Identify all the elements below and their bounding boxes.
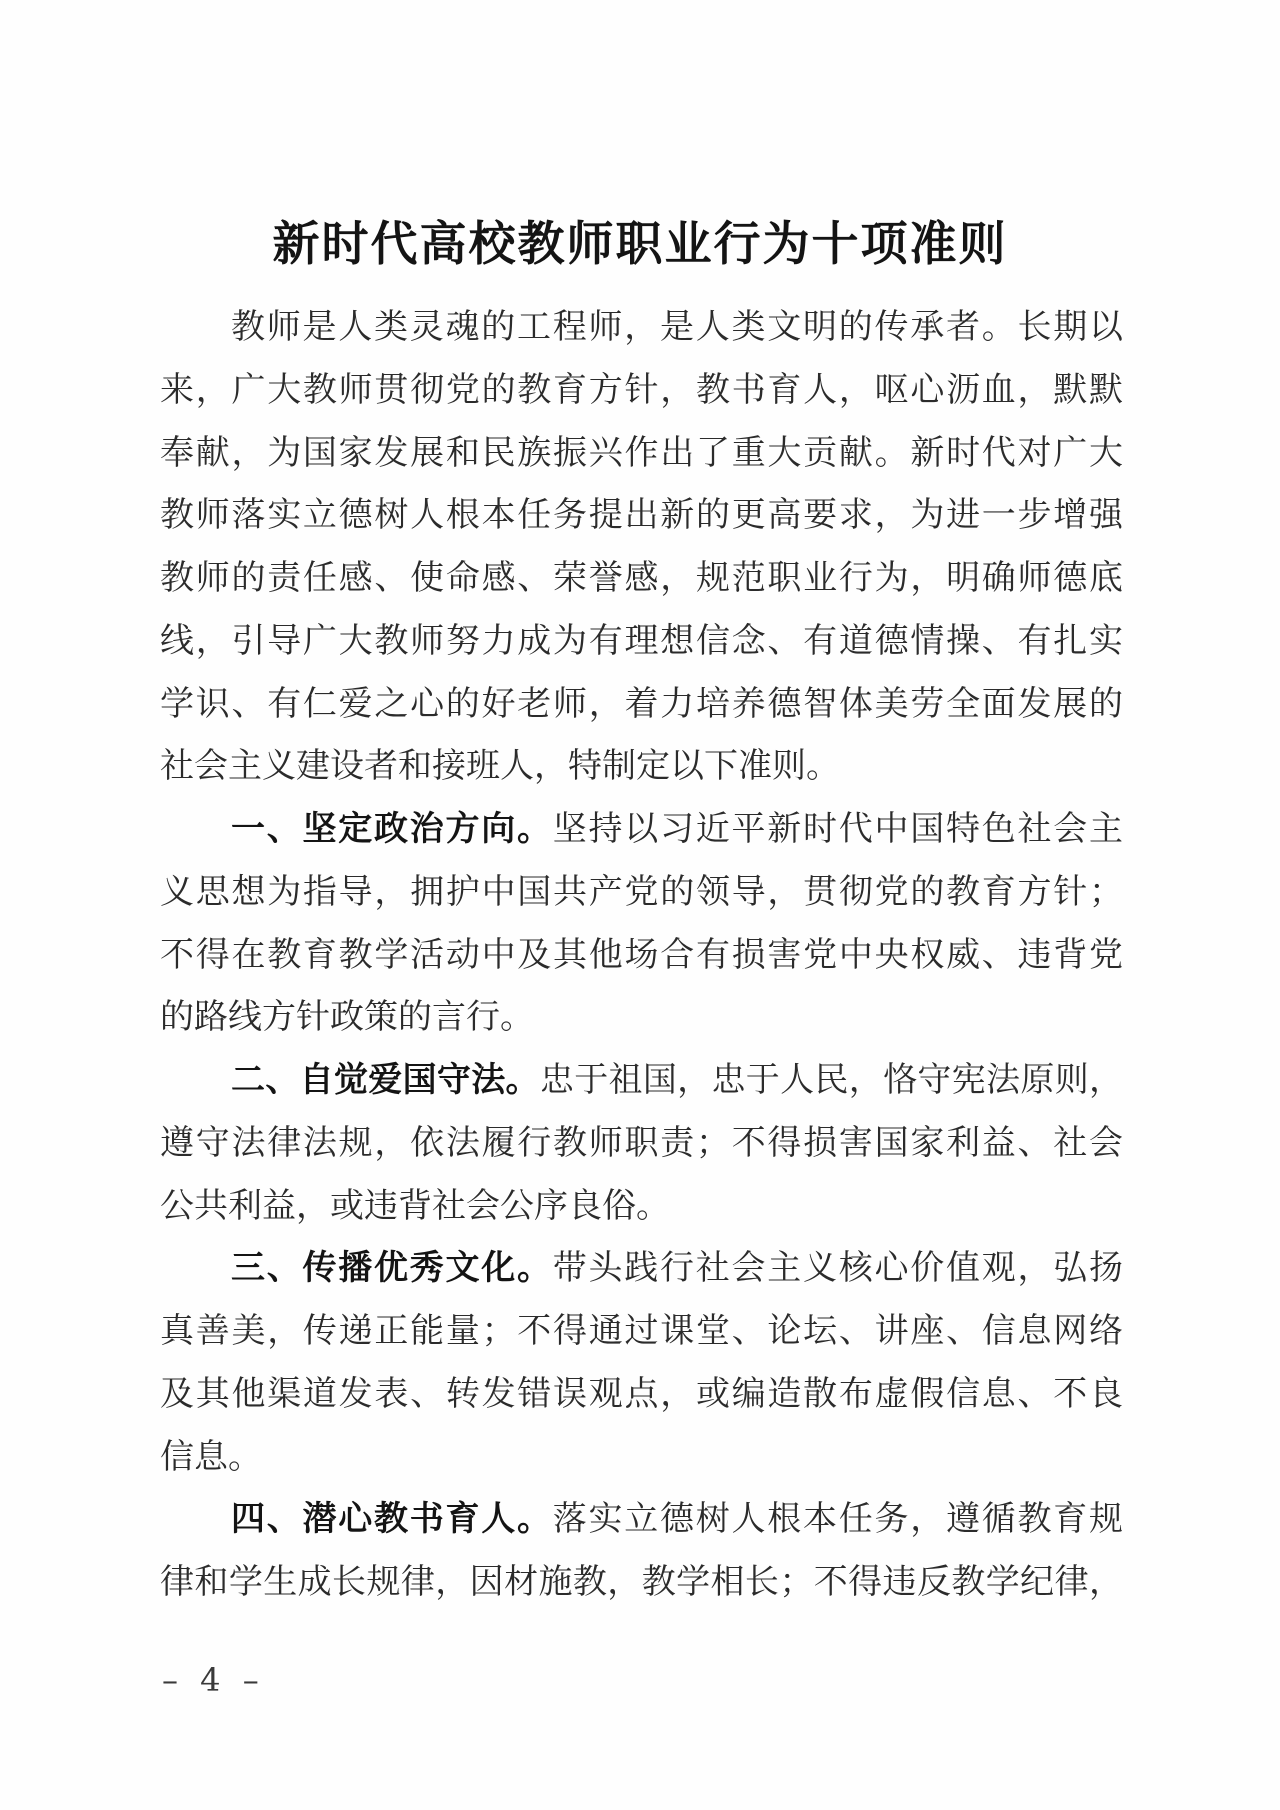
text-line: 奉献，为国家发展和民族振兴作出了重大贡献。新时代对广大 xyxy=(160,422,1123,485)
text-line: 教师落实立德树人根本任务提出新的更高要求，为进一步增强 xyxy=(160,484,1123,547)
body-text: 信息。 xyxy=(160,1437,262,1477)
text-line: 的路线方针政策的言行。 xyxy=(160,986,1123,1049)
body-text: 学识、有仁爱之心的好老师，着力培养德智体美劳全面发展的 xyxy=(160,684,1123,724)
text-line: 公共利益，或违背社会公序良俗。 xyxy=(160,1175,1123,1238)
text-line: 信息。 xyxy=(160,1426,1123,1489)
text-line: 二、自觉爱国守法。忠于祖国，忠于人民，恪守宪法原则， xyxy=(160,1049,1123,1112)
text-line: 四、潜心教书育人。落实立德树人根本任务，遵循教育规 xyxy=(160,1488,1123,1551)
body-text: 真善美，传递正能量；不得通过课堂、论坛、讲座、信息网络 xyxy=(160,1311,1123,1351)
body-text: 遵守法律法规，依法履行教师职责；不得损害国家利益、社会 xyxy=(160,1123,1123,1163)
text-line: 三、传播优秀文化。带头践行社会主义核心价值观，弘扬 xyxy=(160,1237,1123,1300)
paragraph: 教师是人类灵魂的工程师，是人类文明的传承者。长期以来，广大教师贯彻党的教育方针，… xyxy=(160,296,1123,798)
body-text: 奉献，为国家发展和民族振兴作出了重大贡献。新时代对广大 xyxy=(160,433,1123,473)
text-line: 义思想为指导，拥护中国共产党的领导，贯彻党的教育方针； xyxy=(160,861,1123,924)
section-heading: 二、自觉爱国守法。 xyxy=(231,1060,540,1100)
text-line: 遵守法律法规，依法履行教师职责；不得损害国家利益、社会 xyxy=(160,1112,1123,1175)
text-line: 来，广大教师贯彻党的教育方针，教书育人，呕心沥血，默默 xyxy=(160,359,1123,422)
text-line: 线，引导广大教师努力成为有理想信念、有道德情操、有扎实 xyxy=(160,610,1123,673)
body-text: 教师的责任感、使命感、荣誉感，规范职业行为，明确师德底 xyxy=(160,558,1123,598)
paragraph: 四、潜心教书育人。落实立德树人根本任务，遵循教育规律和学生成长规律，因材施教，教… xyxy=(160,1488,1123,1614)
body-text: 的路线方针政策的言行。 xyxy=(160,997,534,1037)
text-line: 律和学生成长规律，因材施教，教学相长；不得违反教学纪律， xyxy=(160,1551,1123,1614)
body-text: 社会主义建设者和接班人，特制定以下准则。 xyxy=(160,746,840,786)
text-line: 真善美，传递正能量；不得通过课堂、论坛、讲座、信息网络 xyxy=(160,1300,1123,1363)
paragraph: 二、自觉爱国守法。忠于祖国，忠于人民，恪守宪法原则，遵守法律法规，依法履行教师职… xyxy=(160,1049,1123,1237)
body-text: 坚持以习近平新时代中国特色社会主 xyxy=(553,809,1123,849)
paragraph: 一、坚定政治方向。坚持以习近平新时代中国特色社会主义思想为指导，拥护中国共产党的… xyxy=(160,798,1123,1049)
body-text: 律和学生成长规律，因材施教，教学相长；不得违反教学纪律， xyxy=(160,1562,1123,1602)
section-heading: 四、潜心教书育人。 xyxy=(231,1499,553,1539)
document-body: 教师是人类灵魂的工程师，是人类文明的传承者。长期以来，广大教师贯彻党的教育方针，… xyxy=(160,296,1123,1614)
text-line: 不得在教育教学活动中及其他场合有损害党中央权威、违背党 xyxy=(160,924,1123,987)
text-line: 一、坚定政治方向。坚持以习近平新时代中国特色社会主 xyxy=(160,798,1123,861)
section-heading: 一、坚定政治方向。 xyxy=(231,809,553,849)
body-text: 不得在教育教学活动中及其他场合有损害党中央权威、违背党 xyxy=(160,935,1123,975)
text-line: 社会主义建设者和接班人，特制定以下准则。 xyxy=(160,735,1123,798)
text-line: 教师是人类灵魂的工程师，是人类文明的传承者。长期以 xyxy=(160,296,1123,359)
body-text: 及其他渠道发表、转发错误观点，或编造散布虚假信息、不良 xyxy=(160,1374,1123,1414)
document-title: 新时代高校教师职业行为十项准则 xyxy=(0,216,1280,275)
section-heading: 三、传播优秀文化。 xyxy=(231,1248,553,1288)
text-line: 学识、有仁爱之心的好老师，着力培养德智体美劳全面发展的 xyxy=(160,673,1123,736)
body-text: 教师落实立德树人根本任务提出新的更高要求，为进一步增强 xyxy=(160,495,1123,535)
body-text: 来，广大教师贯彻党的教育方针，教书育人，呕心沥血，默默 xyxy=(160,370,1123,410)
body-text: 线，引导广大教师努力成为有理想信念、有道德情操、有扎实 xyxy=(160,621,1123,661)
text-line: 及其他渠道发表、转发错误观点，或编造散布虚假信息、不良 xyxy=(160,1363,1123,1426)
body-text: 带头践行社会主义核心价值观，弘扬 xyxy=(553,1248,1123,1288)
page-number: – 4 – xyxy=(162,1664,265,1696)
document-page: 新时代高校教师职业行为十项准则 教师是人类灵魂的工程师，是人类文明的传承者。长期… xyxy=(0,0,1280,1810)
body-text: 义思想为指导，拥护中国共产党的领导，贯彻党的教育方针； xyxy=(160,872,1123,912)
body-text: 忠于祖国，忠于人民，恪守宪法原则， xyxy=(540,1060,1123,1100)
paragraph: 三、传播优秀文化。带头践行社会主义核心价值观，弘扬真善美，传递正能量；不得通过课… xyxy=(160,1237,1123,1488)
text-line: 教师的责任感、使命感、荣誉感，规范职业行为，明确师德底 xyxy=(160,547,1123,610)
body-text: 教师是人类灵魂的工程师，是人类文明的传承者。长期以 xyxy=(231,307,1123,347)
body-text: 公共利益，或违背社会公序良俗。 xyxy=(160,1186,670,1226)
body-text: 落实立德树人根本任务，遵循教育规 xyxy=(553,1499,1123,1539)
